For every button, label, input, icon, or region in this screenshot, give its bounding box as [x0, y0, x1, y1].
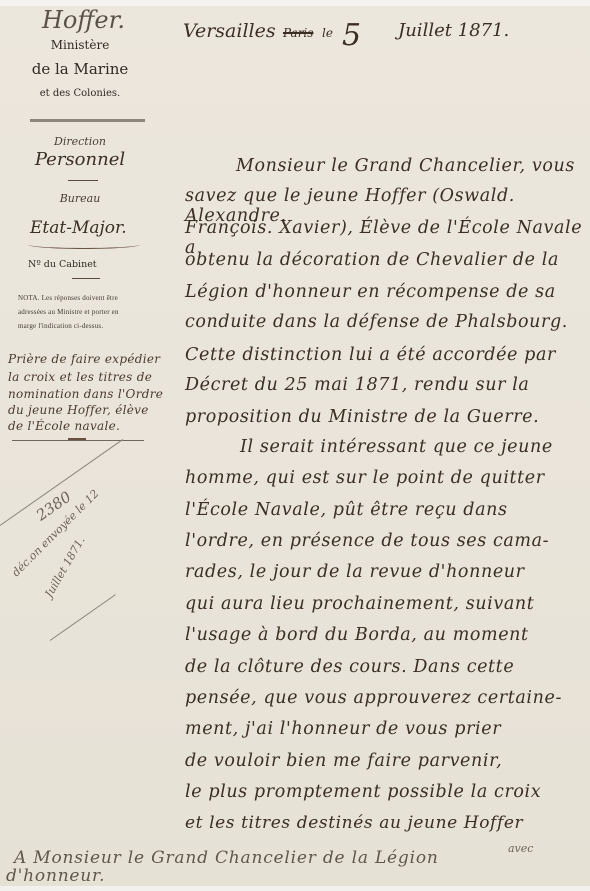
dateline-place: Versailles: [183, 20, 276, 42]
margin-note-line: du jeune Hoffer, élève: [8, 403, 149, 417]
cabinet-rule: [72, 278, 100, 279]
body-line: rades, le jour de la revue d'honneur: [185, 562, 525, 582]
bureau-label: Bureau: [0, 192, 160, 205]
nota-line-2: adressées au Ministre et porter en: [18, 308, 119, 316]
ministry-line-3: et des Colonies.: [0, 88, 160, 99]
body-line: l'École Navale, pût être reçu dans: [185, 500, 508, 520]
direction-value: Personnel: [0, 149, 160, 170]
body-line: et les titres destinés au jeune Hoffer: [185, 813, 523, 833]
body-line: le plus promptement possible la croix: [185, 782, 541, 802]
dateline-struck-word: Paris: [283, 26, 313, 40]
direction-label: Direction: [0, 135, 160, 148]
letterhead-divider: [30, 119, 145, 122]
bureau-wavy-rule: [28, 240, 140, 249]
body-line: Légion d'honneur en récompense de sa: [185, 282, 556, 302]
margin-note-divider: [12, 440, 144, 441]
body-line: pensée, que vous approuverez certaine-: [185, 688, 562, 708]
body-line: Monsieur le Grand Chancelier, vous: [236, 156, 575, 176]
dateline-month-year: Juillet 1871.: [398, 20, 509, 41]
margin-note-line: nomination dans l'Ordre: [8, 387, 163, 401]
nota-line-3: marge l'indication ci-dessus.: [18, 322, 103, 330]
body-line: homme, qui est sur le point de quitter: [185, 468, 545, 488]
body-line: Cette distinction lui a été accordée par: [185, 345, 556, 365]
bureau-value: Etat-Major.: [30, 218, 127, 238]
body-line: proposition du Ministre de la Guerre.: [185, 407, 539, 427]
body-line: conduite dans la défense de Phalsbourg.: [185, 312, 568, 332]
ministry-line-2: de la Marine: [0, 60, 160, 78]
addressee-line-2: d'honneur.: [6, 866, 105, 886]
dateline-day: 5: [342, 18, 361, 53]
dateline-le: le: [322, 26, 333, 40]
margin-note-divider-accent: [68, 438, 86, 440]
ministry-line-1: Ministère: [0, 38, 160, 52]
body-line: Il serait intéressant que ce jeune: [240, 437, 553, 457]
body-line: qui aura lieu prochainement, suivant: [185, 594, 534, 614]
body-line: ment, j'ai l'honneur de vous prier: [185, 719, 501, 739]
name-annotation: Hoffer.: [42, 6, 125, 34]
catchword: avec: [508, 842, 533, 855]
body-line: de la clôture des cours. Dans cette: [185, 657, 514, 677]
scan-bottom-margin: [0, 886, 590, 891]
margin-note-line: Prière de faire expédier: [8, 352, 160, 366]
addressee-line-1: A Monsieur le Grand Chancelier de la Lég…: [14, 848, 439, 868]
body-line: Décret du 25 mai 1871, rendu sur la: [185, 375, 529, 395]
direction-rule: [68, 180, 98, 181]
body-line: l'ordre, en présence de tous ses cama-: [185, 531, 549, 551]
body-line: l'usage à bord du Borda, au moment: [185, 625, 529, 645]
body-line: obtenu la décoration de Chevalier de la: [185, 250, 559, 270]
nota-line-1: NOTA. Les réponses doivent être: [18, 294, 118, 302]
body-line: de vouloir bien me faire parvenir,: [185, 751, 502, 771]
margin-note-line: la croix et les titres de: [8, 370, 152, 384]
margin-note-line: de l'École navale.: [8, 419, 120, 433]
cabinet-number-label: Nº du Cabinet: [28, 259, 97, 270]
